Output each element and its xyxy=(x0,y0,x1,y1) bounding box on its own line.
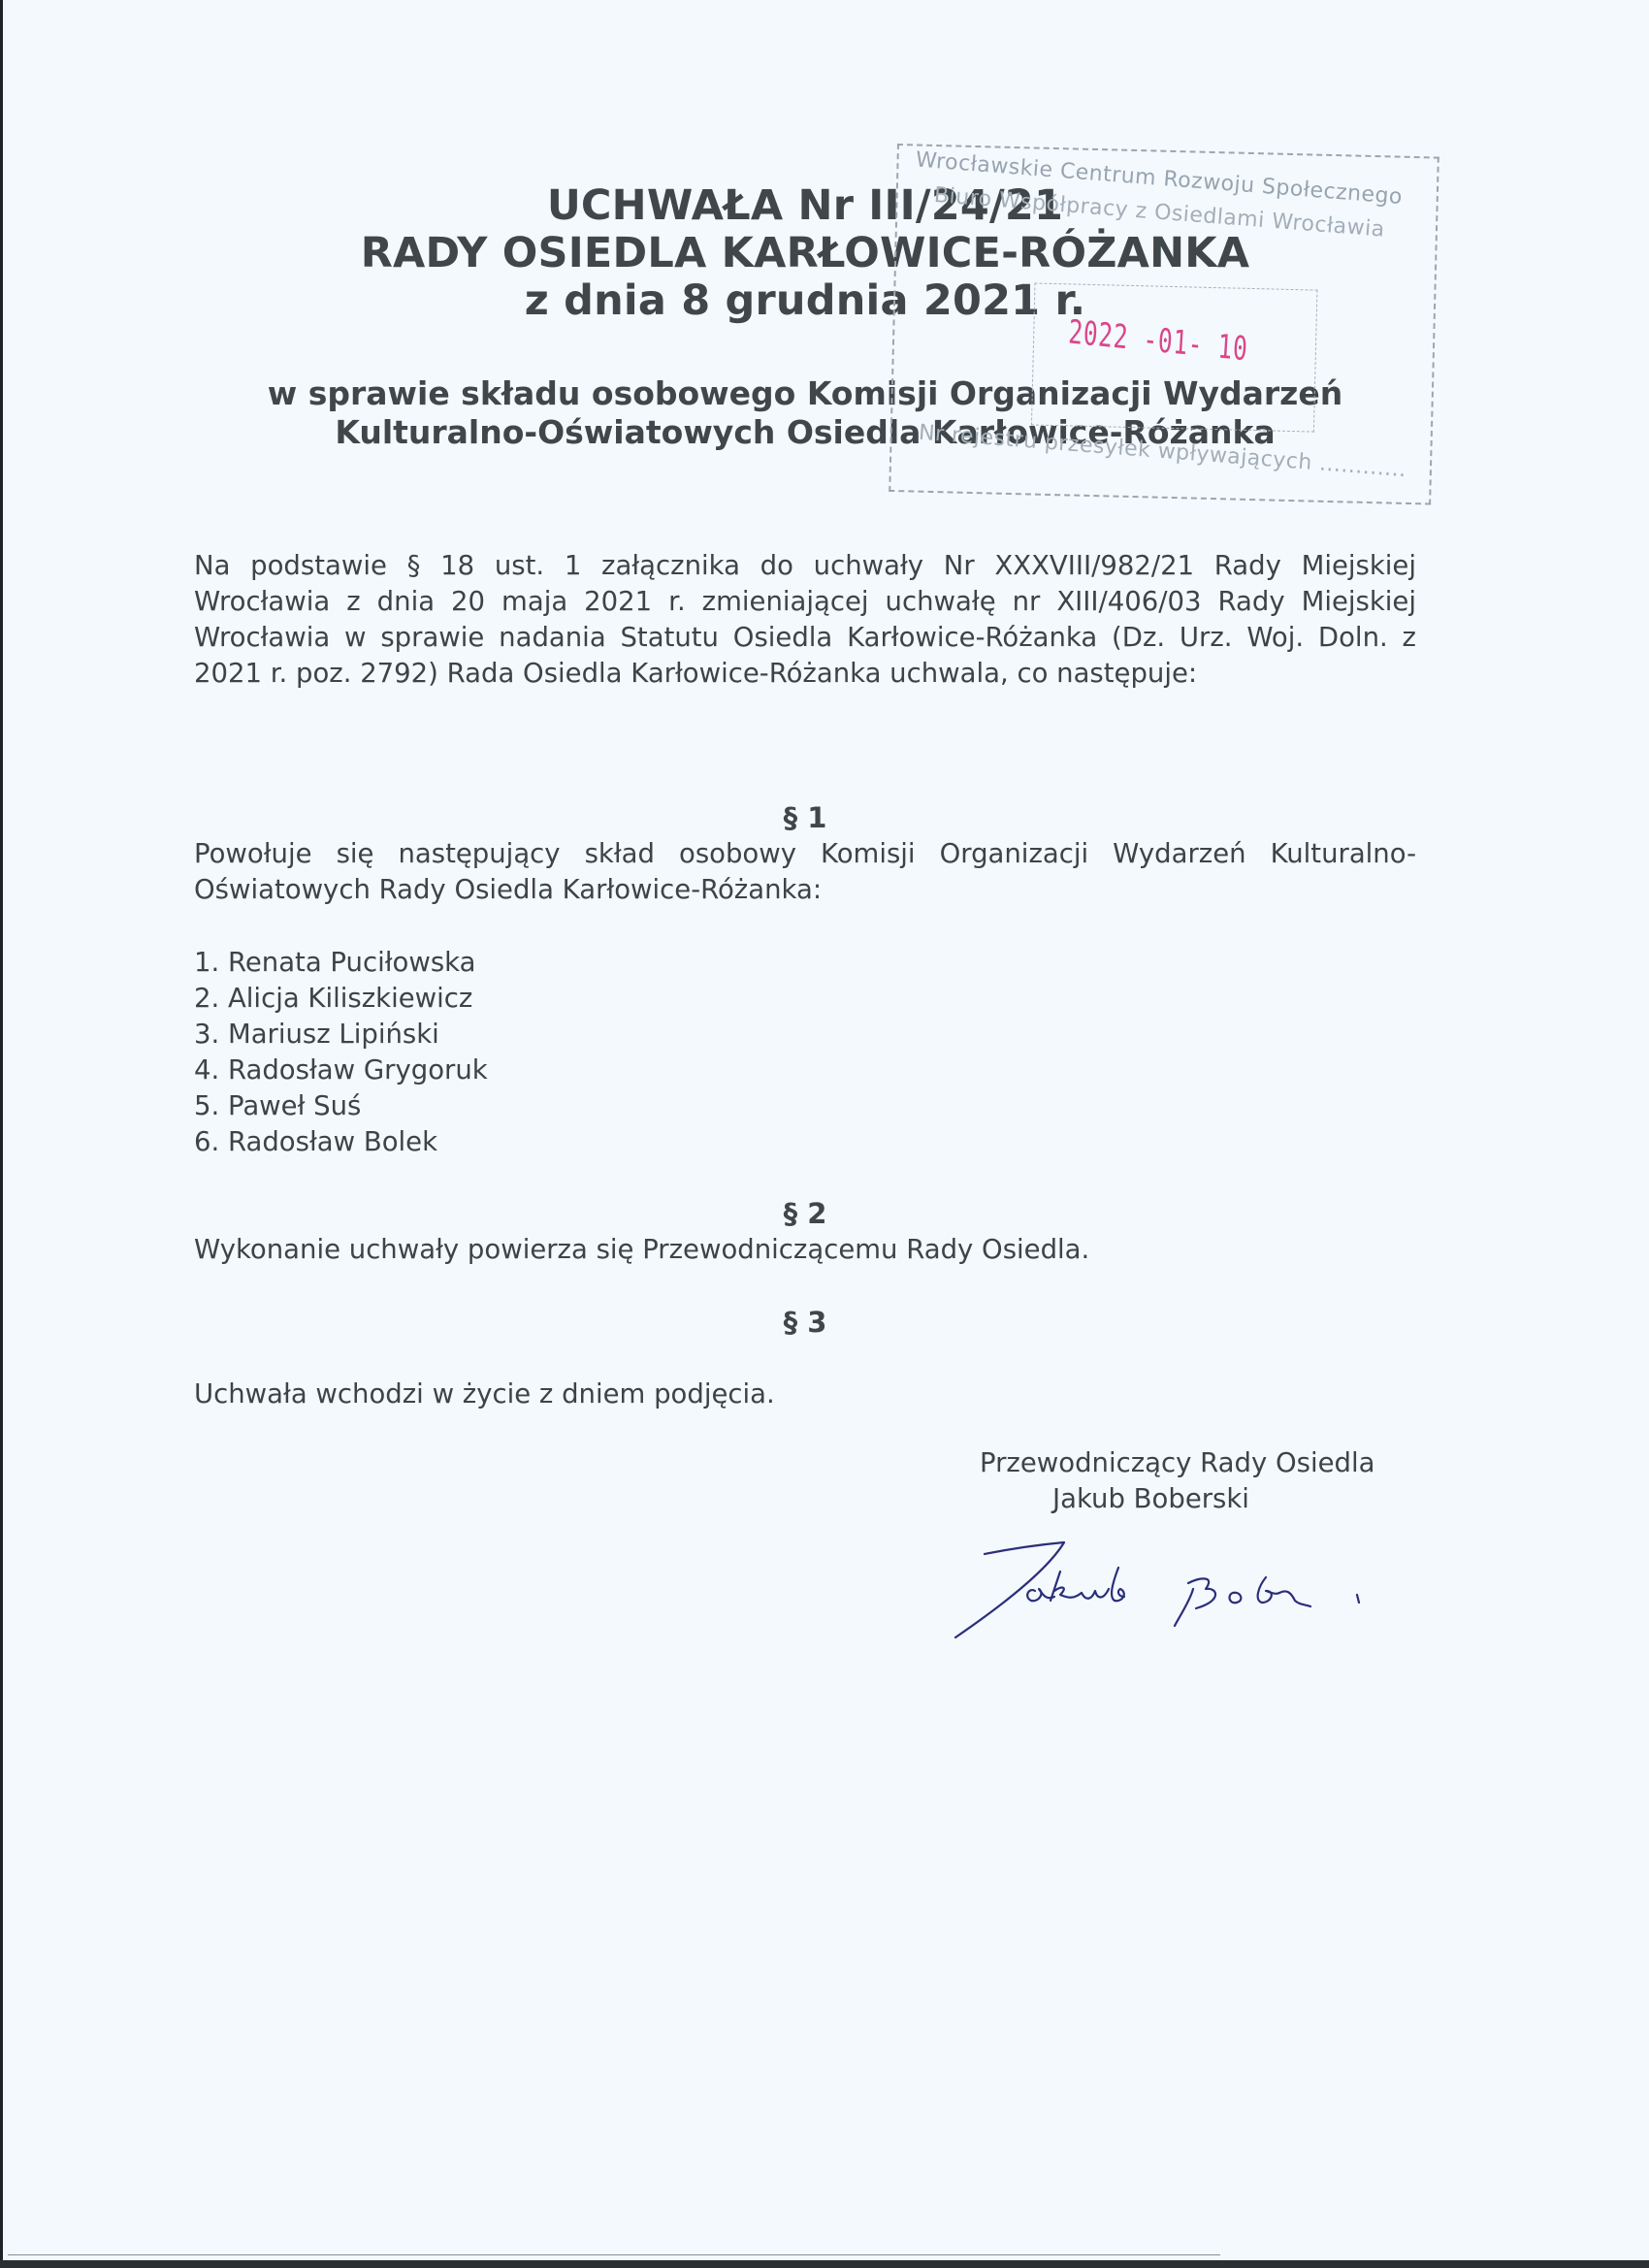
scan-border-bottom xyxy=(0,2260,1649,2268)
signatory-name: Jakub Boberski xyxy=(980,1481,1426,1517)
subject-line-2: Kulturalno-Oświatowych Osiedla Karłowice… xyxy=(194,413,1416,452)
section-2-heading: § 2 xyxy=(194,1196,1416,1232)
preamble-paragraph: Na podstawie § 18 ust. 1 załącznika do u… xyxy=(194,548,1416,692)
resolution-title: UCHWAŁA Nr III/24/21 RADY OSIEDLA KARŁOW… xyxy=(194,182,1416,325)
list-item: 6. Radosław Bolek xyxy=(194,1124,1416,1160)
subject-line-1: w sprawie składu osobowego Komisji Organ… xyxy=(194,374,1416,413)
list-item: 4. Radosław Grygoruk xyxy=(194,1053,1416,1088)
signatory-role: Przewodniczący Rady Osiedla xyxy=(980,1445,1426,1481)
section-3-text: Uchwała wchodzi w życie z dniem podjęcia… xyxy=(194,1377,1416,1412)
document-page: UCHWAŁA Nr III/24/21 RADY OSIEDLA KARŁOW… xyxy=(0,0,1649,2260)
list-item: 3. Mariusz Lipiński xyxy=(194,1017,1416,1053)
title-line-number: UCHWAŁA Nr III/24/21 xyxy=(194,182,1416,230)
handwritten-signature-icon xyxy=(946,1533,1431,1649)
member-list: 1. Renata Puciłowska 2. Alicja Kiliszkie… xyxy=(194,945,1416,1160)
title-line-date: z dnia 8 grudnia 2021 r. xyxy=(194,277,1416,325)
resolution-subject: w sprawie składu osobowego Komisji Organ… xyxy=(194,374,1416,452)
list-item: 5. Paweł Suś xyxy=(194,1088,1416,1124)
signature-block: Przewodniczący Rady Osiedla Jakub Bobers… xyxy=(980,1445,1426,1517)
title-line-council: RADY OSIEDLA KARŁOWICE-RÓŻANKA xyxy=(194,230,1416,277)
section-3-heading: § 3 xyxy=(194,1305,1416,1341)
section-1-heading: § 1 xyxy=(194,800,1416,836)
section-2-text: Wykonanie uchwały powierza się Przewodni… xyxy=(194,1232,1416,1268)
list-item: 1. Renata Puciłowska xyxy=(194,945,1416,981)
section-1-text: Powołuje się następujący skład osobowy K… xyxy=(194,836,1416,908)
list-item: 2. Alicja Kiliszkiewicz xyxy=(194,981,1416,1017)
